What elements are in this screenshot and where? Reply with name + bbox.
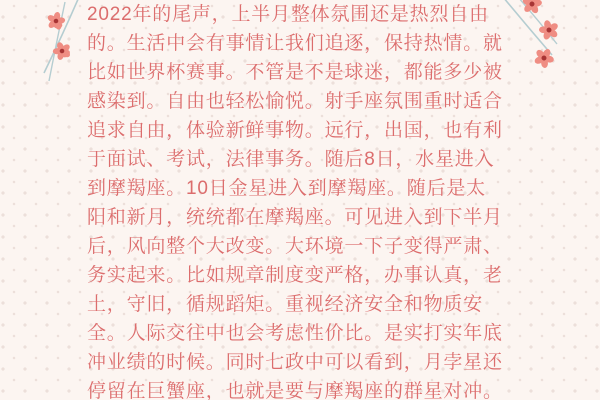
text-line: 于面试、考试，法律事务。随后8日，水星进入 [87, 145, 557, 174]
text-line: 土，守旧，循规蹈矩。重视经济安全和物质安 [87, 290, 557, 319]
flower-branch-icon-top-left [0, 0, 100, 110]
text-line: 追求自由，体验新鲜事物。远行，出国，也有利 [87, 116, 557, 145]
text-line: 冲业绩的时候。同时七政中可以看到，月孛星还 [87, 348, 557, 377]
text-line: 全。人际交往中也会考虑性价比。是实打实年底 [87, 319, 557, 348]
text-line: 的。生活中会有事情让我们追逐，保持热情。就 [87, 29, 557, 58]
text-line: 阳和新月，统统都在摩羯座。可见进入到下半月 [87, 203, 557, 232]
text-line: 停留在巨蟹座，也就是要与摩羯座的群星对冲。 [87, 377, 557, 400]
text-line: 务实起来。比如规章制度变严格，办事认真，老 [87, 261, 557, 290]
text-line: 2022年的尾声，上半月整体氛围还是热烈自由 [87, 0, 557, 29]
text-line: 到摩羯座。10日金星进入到摩羯座。随后是太 [87, 174, 557, 203]
article-page: 2022年的尾声，上半月整体氛围还是热烈自由 的。生活中会有事情让我们追逐，保持… [0, 0, 600, 400]
article-text: 2022年的尾声，上半月整体氛围还是热烈自由 的。生活中会有事情让我们追逐，保持… [87, 0, 557, 400]
text-line: 后，风向整个大改变。大环境一下子变得严肃、 [87, 232, 557, 261]
text-line: 比如世界杯赛事。不管是不是球迷，都能多少被 [87, 58, 557, 87]
text-line: 感染到。自由也轻松愉悦。射手座氛围重时适合 [87, 87, 557, 116]
